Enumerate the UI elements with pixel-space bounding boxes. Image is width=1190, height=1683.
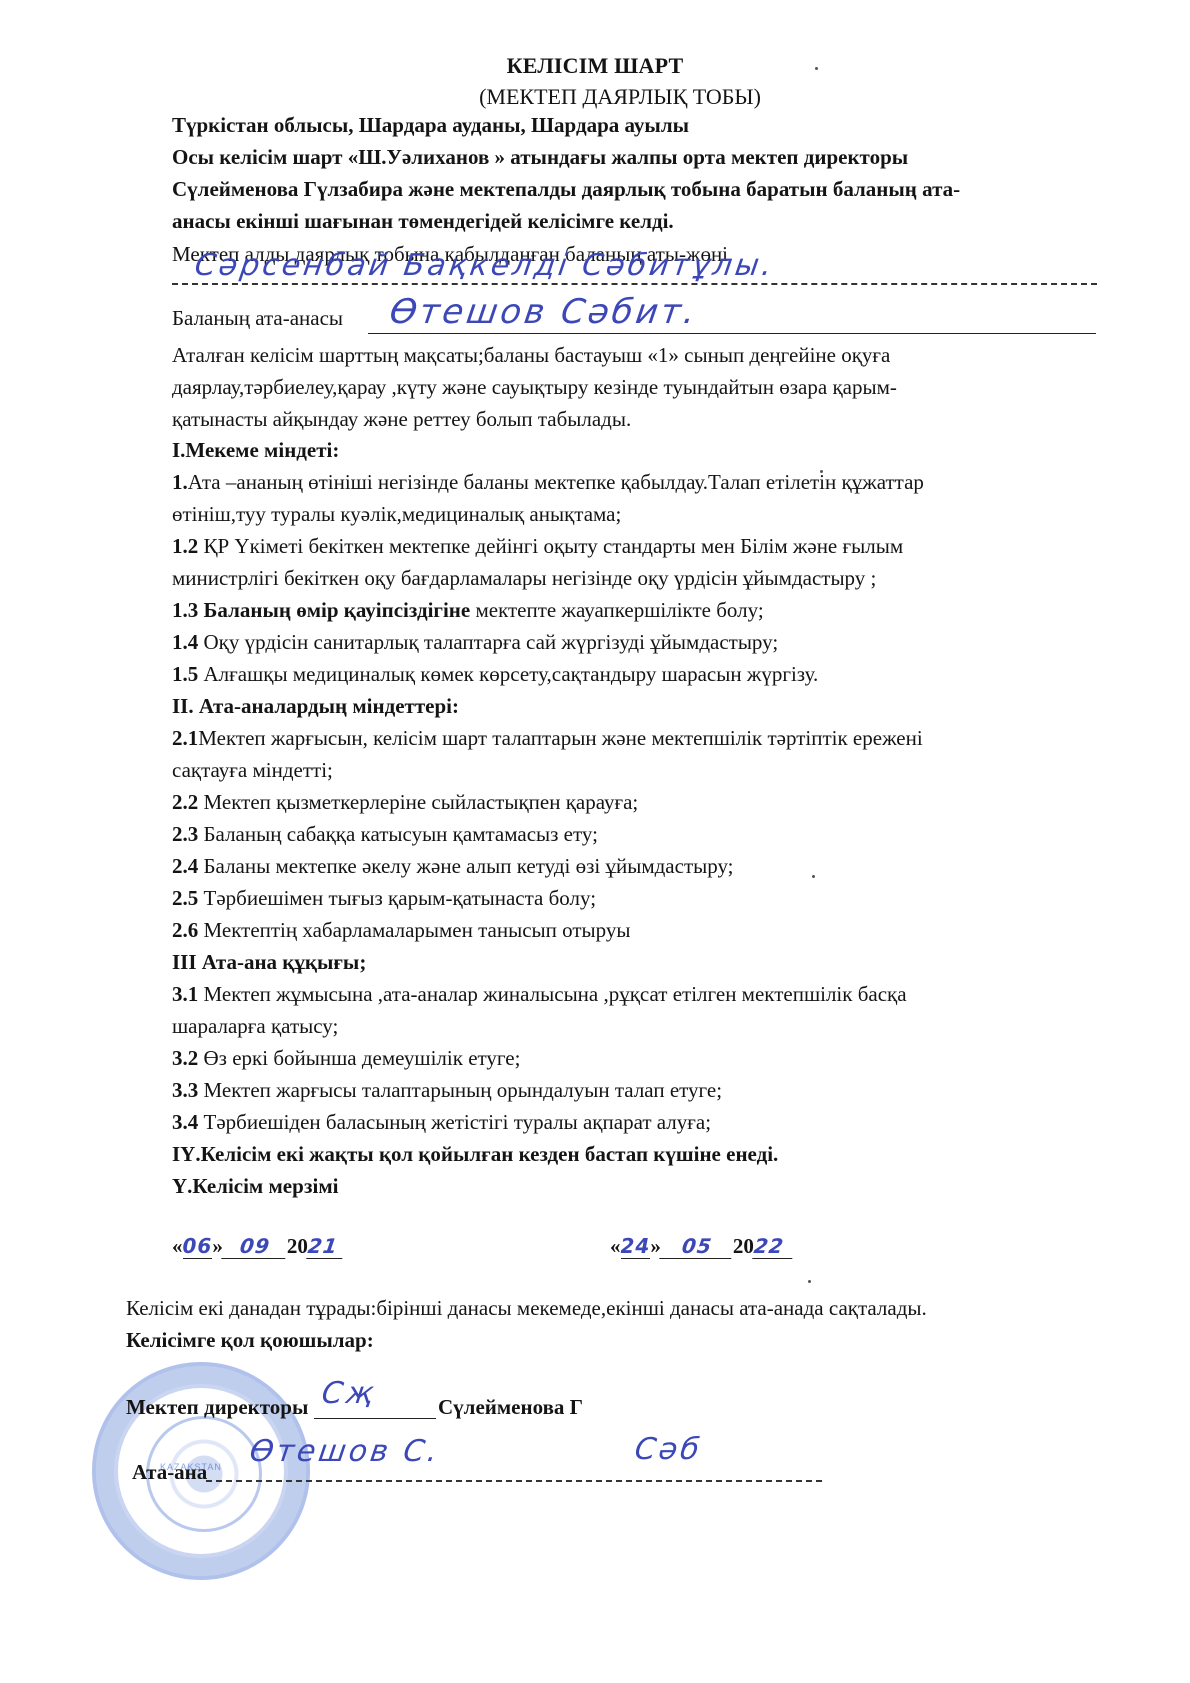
scan-speck: [820, 470, 823, 473]
section2-item-1: 2.1Мектеп жарғысын, келісім шарт талапта…: [172, 726, 923, 751]
location-line: Түркістан облысы, Шардара ауданы, Шардар…: [172, 113, 689, 138]
section1-heading: І.Мекеме міндеті:: [172, 438, 339, 463]
item-number: 2.3: [172, 822, 198, 846]
section1-item-5: 1.5 Алғашқы медициналық көмек көрсету,са…: [172, 662, 818, 687]
item-text: Өз еркі бойынша демеушілік етуге;: [198, 1046, 520, 1070]
section1-item-1-cont: өтініш,туу туралы куәлік,медициналық аны…: [172, 502, 621, 527]
item-number: 2.1: [172, 726, 198, 750]
section2-item-2: 2.2 Мектеп қызметкерлеріне сыйластықпен …: [172, 790, 638, 815]
item-number: 1.2: [172, 534, 198, 558]
signatories-heading: Келісімге қол қоюшылар:: [126, 1328, 374, 1353]
child-name-handwritten[interactable]: Сәрсенбай Бақкелді Сәбитұлы.: [193, 248, 777, 283]
item-text: Мектеп жарғысын, келісім шарт талаптарын…: [198, 726, 922, 750]
parent-field-line: [368, 333, 1096, 334]
director-label: Мектеп директоры: [126, 1395, 308, 1420]
section1-item-3: 1.3 Баланың өмір қауіпсіздігіне мектепте…: [172, 598, 764, 623]
parent-signature[interactable]: Сәб: [633, 1432, 705, 1467]
scan-speck: [812, 875, 815, 878]
director-signature[interactable]: Сҗ: [320, 1376, 379, 1411]
director-signature-line: [314, 1418, 436, 1419]
item-number: 3.2: [172, 1046, 198, 1070]
section2-item-1-cont: сақтауға міндетті;: [172, 758, 333, 783]
purpose-line-3: қатынасты айқындау және реттеу болып таб…: [172, 407, 631, 432]
date-end-year[interactable]: 22: [752, 1234, 796, 1259]
parent-sign-label: Ата-ана: [132, 1460, 207, 1485]
intro-line-3: анасы екінші шағынан төмендегідей келісі…: [172, 209, 674, 234]
intro-line-2: Сүлейменова Гүлзабира және мектепалды да…: [172, 177, 960, 202]
scan-speck: [808, 1280, 811, 1283]
section2-item-4: 2.4 Баланы мектепке әкелу және алып кету…: [172, 854, 734, 879]
section3-heading: ІІІ Ата-ана құқығы;: [172, 950, 366, 975]
section1-item-4: 1.4 Оқу үрдісін санитарлық талаптарға са…: [172, 630, 778, 655]
item-number: 2.4: [172, 854, 198, 878]
item-number: 2.2: [172, 790, 198, 814]
item-text: Оқу үрдісін санитарлық талаптарға сай жү…: [198, 630, 778, 654]
section2-item-6: 2.6 Мектептің хабарламаларымен танысып о…: [172, 918, 630, 943]
item-number: 1.4: [172, 630, 198, 654]
section1-item-2-cont: министрлігі бекіткен оқу бағдарламалары …: [172, 566, 876, 591]
item-text: Тәрбиешіден баласының жетістігі туралы а…: [198, 1110, 711, 1134]
section2-item-5: 2.5 Тәрбиешімен тығыз қарым-қатынаста бо…: [172, 886, 596, 911]
purpose-line-2: даярлау,тәрбиелеу,қарау ,күту және сауық…: [172, 375, 897, 400]
date-start: «06»092021: [172, 1234, 344, 1259]
item-number: 1.5: [172, 662, 198, 686]
item-number: 3.1: [172, 982, 198, 1006]
intro-line-1: Осы келісім шарт «Ш.Уәлиханов » атындағы…: [172, 145, 908, 170]
parent-label: Баланың ата-анасы: [172, 306, 343, 331]
copies-note: Келісім екі данадан тұрады:бірінші данас…: [126, 1296, 927, 1321]
section4-text: ІҮ.Келісім екі жақты қол қойылған кезден…: [172, 1142, 778, 1167]
section5-heading: Ү.Келісім мерзімі: [172, 1174, 338, 1199]
item-number: 3.3: [172, 1078, 198, 1102]
purpose-line-1: Аталған келісім шарттың мақсаты;баланы б…: [172, 343, 890, 368]
section2-heading: ІІ. Ата-аналардың міндеттері:: [172, 694, 459, 719]
date-end-month[interactable]: 05: [659, 1234, 735, 1259]
item-text: Ата –ананың өтініші негізінде баланы мек…: [188, 470, 924, 494]
date-end: «24»052022: [610, 1234, 794, 1259]
item-text: ҚР Үкіметі бекіткен мектепке дейінгі оқы…: [198, 534, 903, 558]
item-text: Мектеп жұмысына ,ата-аналар жиналысына ,…: [198, 982, 906, 1006]
section2-item-3: 2.3 Баланың сабаққа катысуын қамтамасыз …: [172, 822, 598, 847]
item-number: 2.5: [172, 886, 198, 910]
item-number: 3.4: [172, 1110, 198, 1134]
parent-signature-line: [206, 1480, 822, 1482]
document-subtitle: (МЕКТЕП ДАЯРЛЫҚ ТОБЫ): [0, 84, 1190, 110]
item-bold-text: Баланың өмір қауіпсіздігіне: [198, 598, 470, 622]
director-name: Сүлейменова Г: [438, 1395, 583, 1420]
item-text: Баланың сабаққа катысуын қамтамасыз ету;: [198, 822, 598, 846]
item-text: Баланы мектепке әкелу және алып кетуді ө…: [198, 854, 733, 878]
section3-item-1-cont: шараларға қатысу;: [172, 1014, 338, 1039]
item-text: Мектеп жарғысы талаптарының орындалуын т…: [198, 1078, 722, 1102]
section1-item-2: 1.2 ҚР Үкіметі бекіткен мектепке дейінгі…: [172, 534, 903, 559]
date-start-day[interactable]: 06: [183, 1234, 213, 1259]
date-end-day[interactable]: 24: [621, 1234, 651, 1259]
section1-item-1: 1.Ата –ананың өтініші негізінде баланы м…: [172, 470, 924, 495]
item-text: Мектептің хабарламаларымен танысып отыру…: [198, 918, 630, 942]
section3-item-4: 3.4 Тәрбиешіден баласының жетістігі тура…: [172, 1110, 711, 1135]
section3-item-2: 3.2 Өз еркі бойынша демеушілік етуге;: [172, 1046, 520, 1071]
parent-name-handwritten[interactable]: Өтешов Сәбит.: [387, 292, 700, 332]
item-text: мектепте жауапкершілікте болу;: [470, 598, 763, 622]
document-title: КЕЛІСІМ ШАРТ: [0, 53, 1190, 79]
date-start-year[interactable]: 21: [306, 1234, 346, 1259]
item-text: Мектеп қызметкерлеріне сыйластықпен қара…: [198, 790, 638, 814]
section3-item-3: 3.3 Мектеп жарғысы талаптарының орындалу…: [172, 1078, 722, 1103]
child-name-field-line: [172, 283, 1097, 285]
parent-sign-name[interactable]: Өтешов С.: [248, 1434, 443, 1469]
item-number: 1.: [172, 470, 188, 494]
section3-item-1: 3.1 Мектеп жұмысына ,ата-аналар жиналысы…: [172, 982, 907, 1007]
scan-speck: [815, 67, 818, 70]
item-number: 1.3: [172, 598, 198, 622]
item-text: Тәрбиешімен тығыз қарым-қатынаста болу;: [198, 886, 596, 910]
date-start-month[interactable]: 09: [221, 1234, 289, 1259]
item-number: 2.6: [172, 918, 198, 942]
item-text: Алғашқы медициналық көмек көрсету,сақтан…: [198, 662, 818, 686]
